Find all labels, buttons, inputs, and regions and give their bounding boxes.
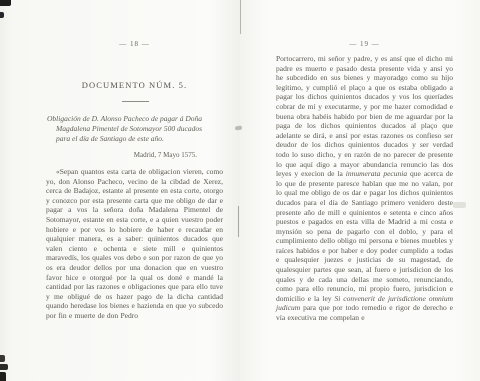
document-heading: DOCUMENTO NÚM. 5. [46,80,223,90]
book-scan: — 18 — DOCUMENTO NÚM. 5. Obligación de D… [0,0,480,381]
left-page-number: — 18 — [46,40,223,48]
scan-mark-bottom-left-3 [0,372,6,381]
gutter-ink-mark [235,126,242,131]
gutter-line-top [240,0,241,34]
gutter-line-mid [238,206,239,237]
scan-mark-top-left-2 [0,12,4,18]
scan-mark-bottom-left-1 [0,355,5,362]
right-edge-smudge [453,202,466,208]
scan-mark-bottom-left-2 [0,364,8,370]
right-page-number: — 19 — [276,40,453,48]
dateline: Madrid, 7 Mayo 1575. [46,151,197,159]
scan-mark-top-left-1 [0,0,11,6]
right-page-body: Portocarrero, mi señor y padre, y es ans… [276,54,453,323]
document-summary: Obligación de D. Alonso Pacheco de pagar… [47,114,216,143]
left-page-body: «Sepan quantos esta carta de obligacion … [46,167,223,321]
left-page: — 18 — DOCUMENTO NÚM. 5. Obligación de D… [46,0,223,381]
heading-rule [122,101,149,102]
right-page: — 19 — Portocarrero, mi señor y padre, y… [276,0,453,381]
